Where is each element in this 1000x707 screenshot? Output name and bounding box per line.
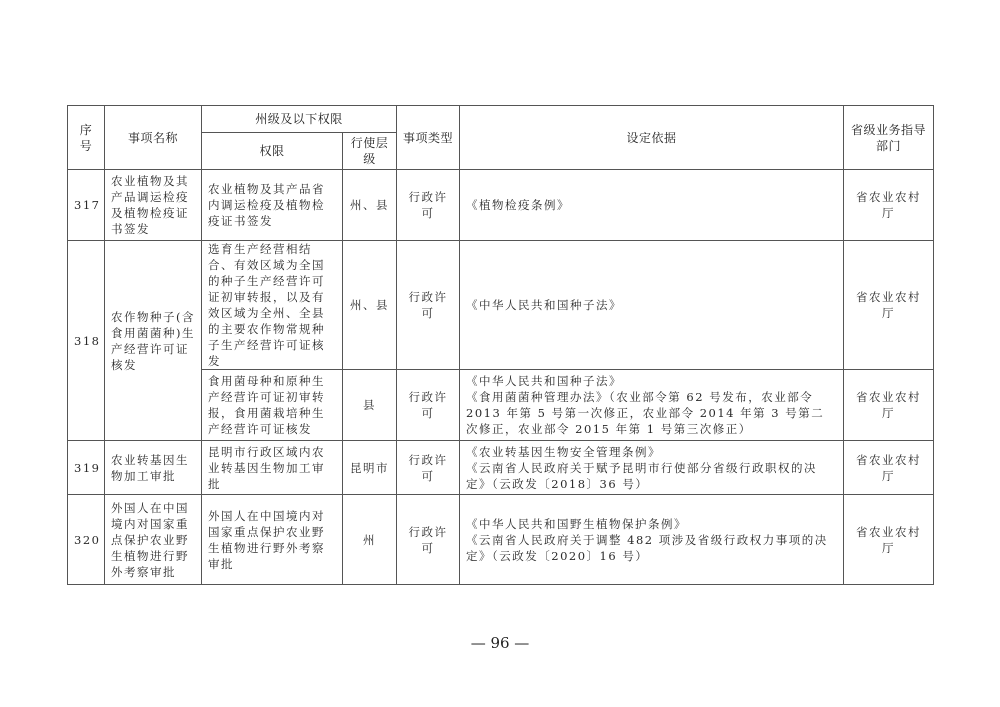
type-cell: 行政许可 bbox=[397, 170, 460, 241]
basis-line: 《中华人民共和国种子法》 bbox=[466, 297, 837, 313]
item-name-cell: 农业植物及其产品调运检疫及植物检疫证书签发 bbox=[105, 170, 202, 241]
item-name-cell: 农业转基因生物加工审批 bbox=[105, 441, 202, 495]
authority-cell: 昆明市行政区域内农业转基因生物加工审批 bbox=[202, 441, 343, 495]
basis-cell: 《植物检疫条例》 bbox=[460, 170, 844, 241]
level-cell: 州 bbox=[343, 495, 397, 585]
header-item-name: 事项名称 bbox=[105, 106, 202, 170]
level-cell: 昆明市 bbox=[343, 441, 397, 495]
page-number: — 96 — bbox=[0, 634, 1000, 652]
seq-cell: 318 bbox=[68, 241, 105, 441]
basis-line: 《农业转基因生物安全管理条例》 bbox=[466, 444, 837, 460]
dept-cell: 省农业农村厅 bbox=[844, 441, 934, 495]
authority-cell: 选育生产经营相结合、有效区域为全国的种子生产经营许可证初审转报，以及有效区域为全… bbox=[202, 241, 343, 370]
header-seq: 序号 bbox=[68, 106, 105, 170]
basis-cell: 《中华人民共和国种子法》 bbox=[460, 241, 844, 370]
basis-line: 《云南省人民政府关于赋予昆明市行使部分省级行政职权的决定》（云政发〔2018〕3… bbox=[466, 460, 837, 492]
authority-cell: 外国人在中国境内对国家重点保护农业野生植物进行野外考察审批 bbox=[202, 495, 343, 585]
table-row: 320 外国人在中国境内对国家重点保护农业野生植物进行野外考察审批 外国人在中国… bbox=[68, 495, 934, 585]
level-cell: 州、县 bbox=[343, 170, 397, 241]
authority-table: 序号 事项名称 州级及以下权限 事项类型 设定依据 省级业务指导部门 权限 行使… bbox=[67, 105, 934, 585]
header-dept: 省级业务指导部门 bbox=[844, 106, 934, 170]
type-cell: 行政许可 bbox=[397, 495, 460, 585]
table-row: 317 农业植物及其产品调运检疫及植物检疫证书签发 农业植物及其产品省内调运检疫… bbox=[68, 170, 934, 241]
type-cell: 行政许可 bbox=[397, 370, 460, 441]
level-cell: 县 bbox=[343, 370, 397, 441]
table-row: 318 农作物种子(含食用菌菌种)生产经营许可证核发 选育生产经营相结合、有效区… bbox=[68, 241, 934, 370]
level-cell: 州、县 bbox=[343, 241, 397, 370]
type-cell: 行政许可 bbox=[397, 441, 460, 495]
header-group: 州级及以下权限 bbox=[202, 106, 397, 133]
header-level: 行使层级 bbox=[343, 133, 397, 170]
seq-cell: 317 bbox=[68, 170, 105, 241]
header-basis: 设定依据 bbox=[460, 106, 844, 170]
basis-line: 《中华人民共和国野生植物保护条例》 bbox=[466, 516, 837, 532]
seq-cell: 319 bbox=[68, 441, 105, 495]
dept-cell: 省农业农村厅 bbox=[844, 495, 934, 585]
basis-cell: 《中华人民共和国种子法》 《食用菌菌种管理办法》（农业部令第 62 号发布，农业… bbox=[460, 370, 844, 441]
table-row: 319 农业转基因生物加工审批 昆明市行政区域内农业转基因生物加工审批 昆明市 … bbox=[68, 441, 934, 495]
basis-line: 《中华人民共和国种子法》 bbox=[466, 373, 837, 389]
basis-cell: 《中华人民共和国野生植物保护条例》 《云南省人民政府关于调整 482 项涉及省级… bbox=[460, 495, 844, 585]
dept-cell: 省农业农村厅 bbox=[844, 370, 934, 441]
basis-line: 《植物检疫条例》 bbox=[466, 197, 837, 213]
basis-line: 《云南省人民政府关于调整 482 项涉及省级行政权力事项的决定》（云政发〔202… bbox=[466, 532, 837, 564]
basis-line: 《食用菌菌种管理办法》（农业部令第 62 号发布，农业部令 2013 年第 5 … bbox=[466, 389, 837, 437]
basis-cell: 《农业转基因生物安全管理条例》 《云南省人民政府关于赋予昆明市行使部分省级行政职… bbox=[460, 441, 844, 495]
authority-cell: 食用菌母种和原种生产经营许可证初审转报，食用菌栽培种生产经营许可证核发 bbox=[202, 370, 343, 441]
seq-cell: 320 bbox=[68, 495, 105, 585]
item-name-cell: 外国人在中国境内对国家重点保护农业野生植物进行野外考察审批 bbox=[105, 495, 202, 585]
authority-cell: 农业植物及其产品省内调运检疫及植物检疫证书签发 bbox=[202, 170, 343, 241]
header-type: 事项类型 bbox=[397, 106, 460, 170]
item-name-cell: 农作物种子(含食用菌菌种)生产经营许可证核发 bbox=[105, 241, 202, 441]
dept-cell: 省农业农村厅 bbox=[844, 170, 934, 241]
type-cell: 行政许可 bbox=[397, 241, 460, 370]
dept-cell: 省农业农村厅 bbox=[844, 241, 934, 370]
header-authority: 权限 bbox=[202, 133, 343, 170]
